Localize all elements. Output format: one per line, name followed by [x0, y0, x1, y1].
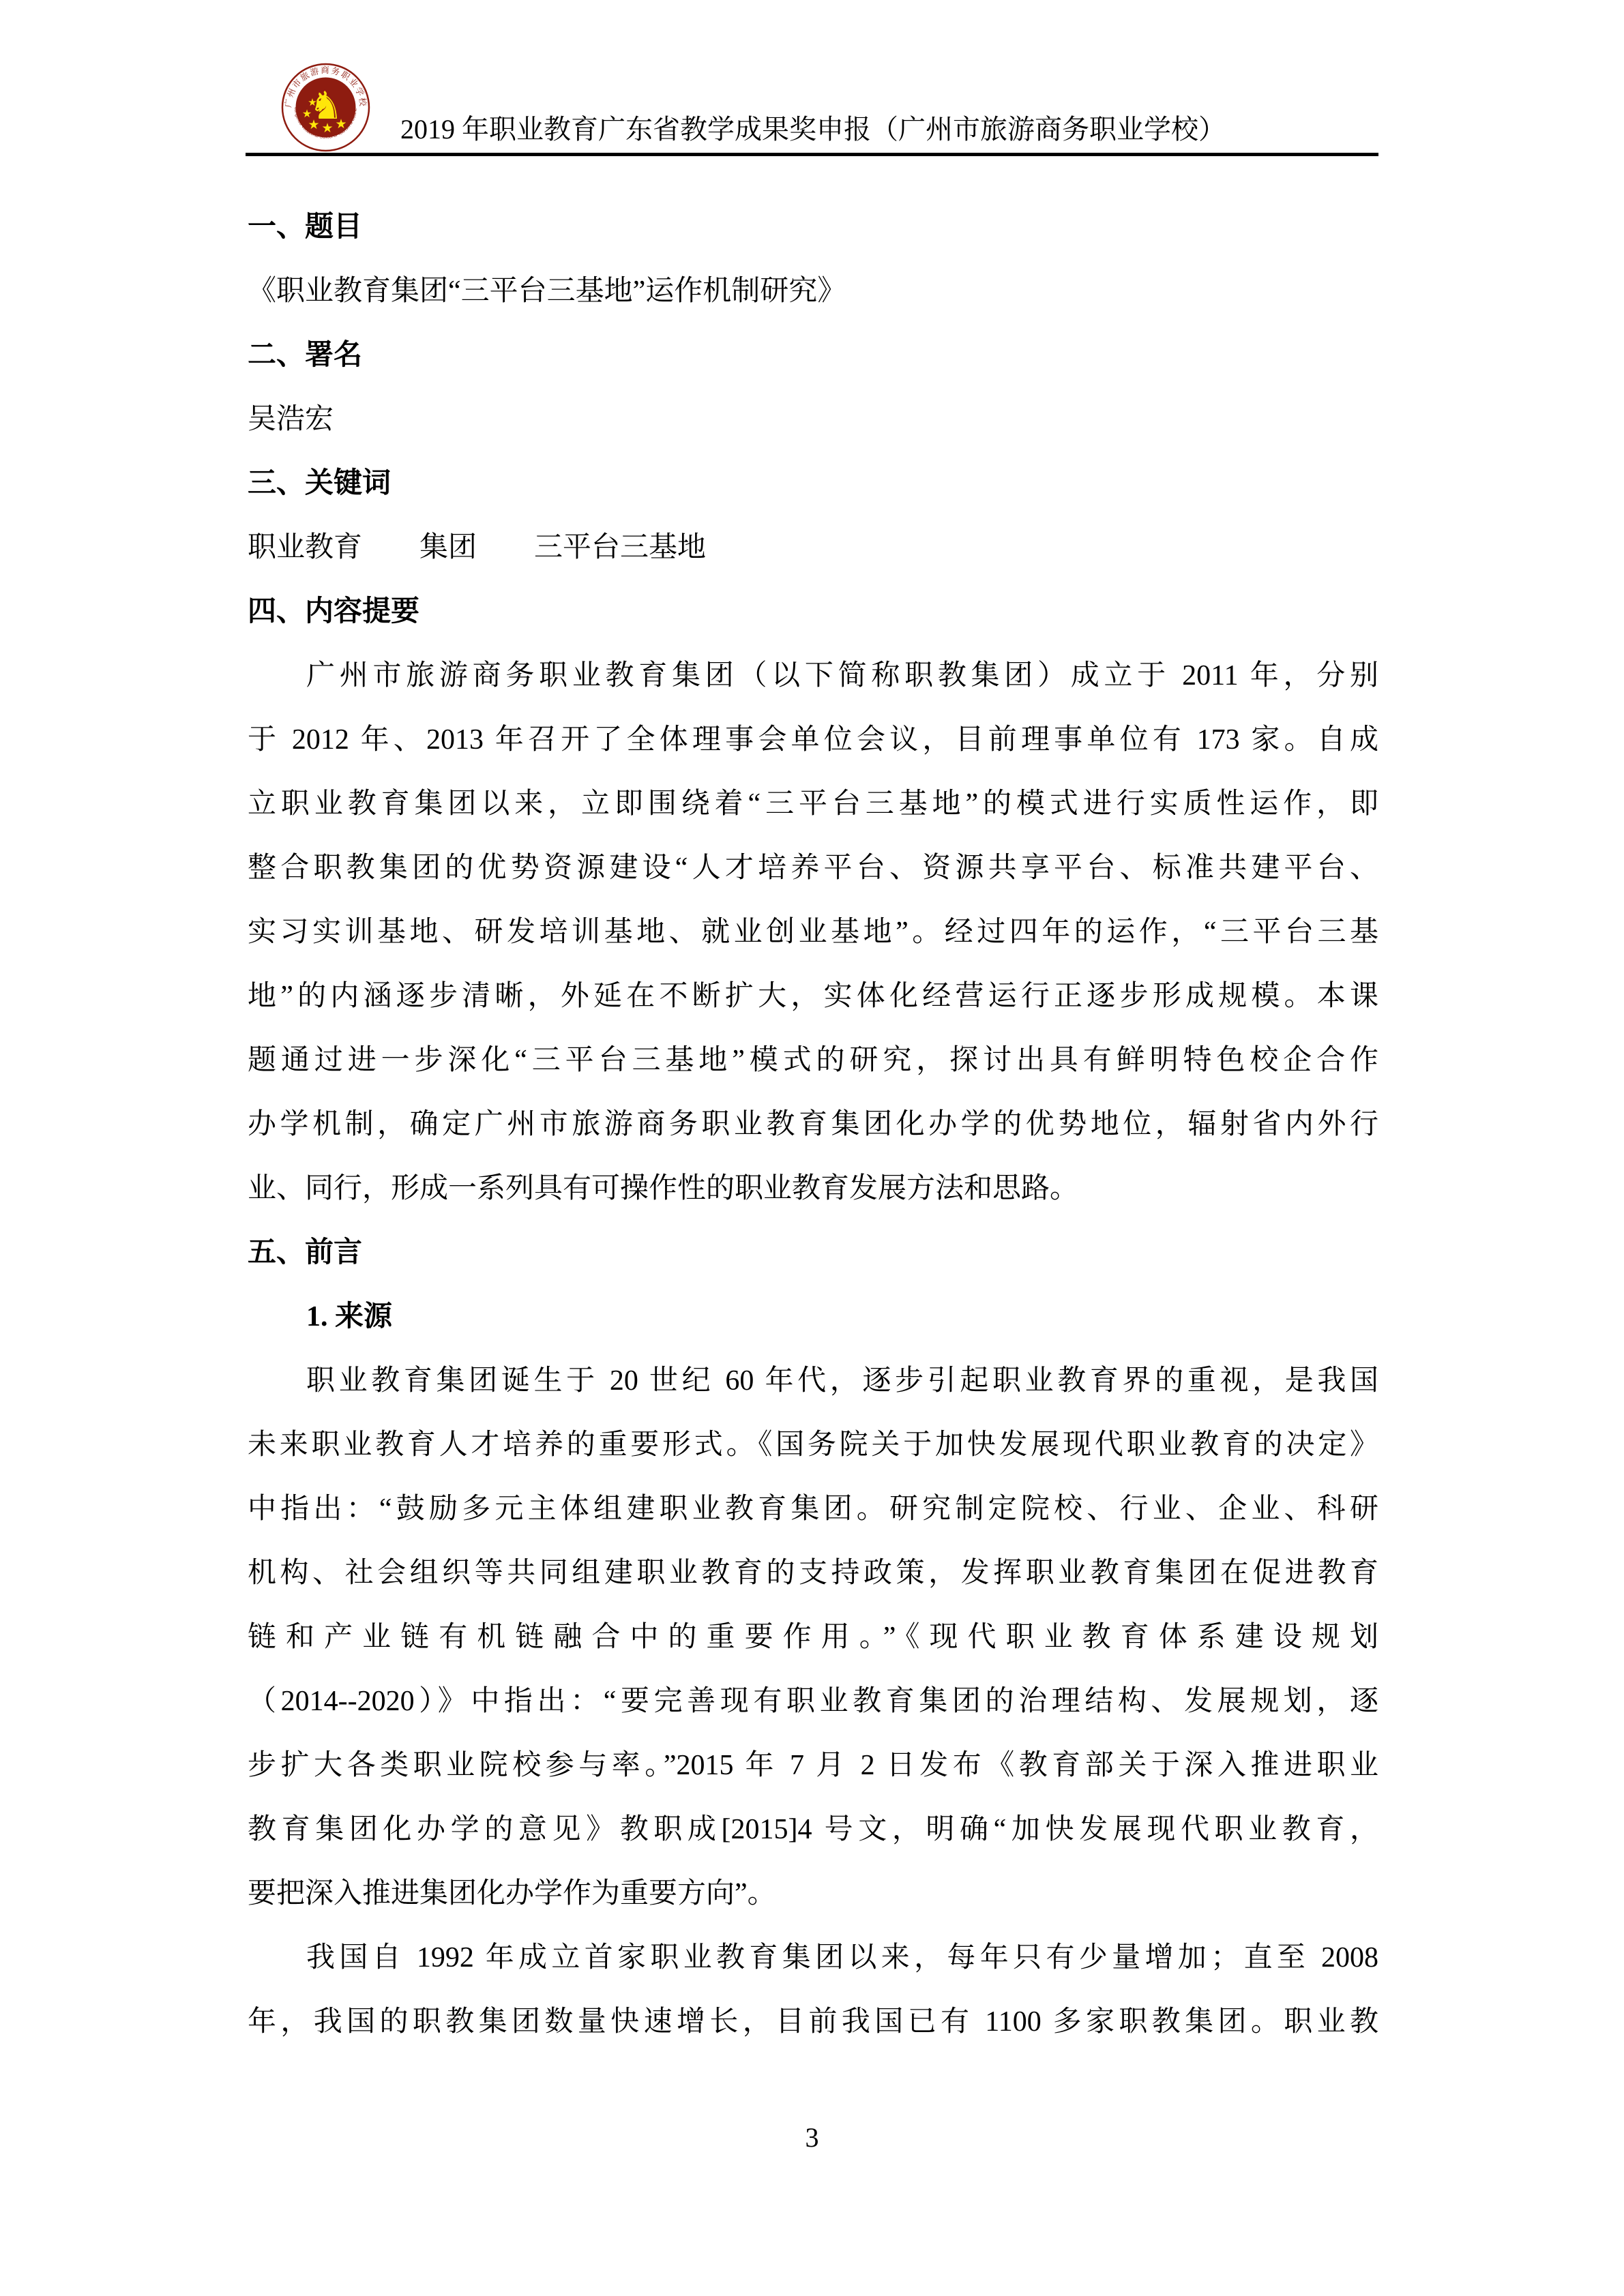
header-rule: [246, 153, 1378, 156]
subsection-1-heading: 1. 来源: [248, 1285, 1378, 1349]
paragraph-line: 整合职教集团的优势资源建设“人才培养平台、资源共享平台、标准共建平台、: [248, 836, 1378, 900]
paragraph-line: （2014--2020）》中指出：“要完善现有职业教育集团的治理结构、发展规划，…: [248, 1669, 1378, 1733]
thesis-title: 《职业教育集团“三平台三基地”运作机制研究》: [248, 259, 1378, 323]
paragraph-line: 业、同行，形成一系列具有可操作性的职业教育发展方法和思路。: [248, 1157, 1378, 1221]
author-name: 吴浩宏: [248, 387, 1378, 451]
paragraph-line: 职业教育集团诞生于 20 世纪 60 年代，逐步引起职业教育界的重视，是我国: [248, 1349, 1378, 1413]
paragraph-line: 未来职业教育人才培养的重要形式。《国务院关于加快发展现代职业教育的决定》: [248, 1413, 1378, 1477]
star-icon: ★: [308, 98, 316, 108]
paragraph-line: 地”的内涵逐步清晰，外延在不断扩大，实体化经营运行正逐步形成规模。本课: [248, 964, 1378, 1028]
paragraph-line: 教育集团化办学的意见》教职成[2015]4 号文，明确“加快发展现代职业教育，: [248, 1798, 1378, 1862]
header-title: 2019 年职业教育广东省教学成果奖申报（广州市旅游商务职业学校）: [248, 108, 1378, 151]
section-2-heading: 二、署名: [248, 323, 1378, 387]
document-page: 广州市旅游商务职业学校 Guangzhou Vocational School …: [0, 0, 1624, 2296]
document-body: 一、题目 《职业教育集团“三平台三基地”运作机制研究》 二、署名 吴浩宏 三、关…: [248, 195, 1378, 2054]
section-4-heading: 四、内容提要: [248, 580, 1378, 644]
section-5-heading: 五、前言: [248, 1221, 1378, 1285]
paragraph-line: 链和产业链有机链融合中的重要作用。”《现代职业教育体系建设规划: [248, 1605, 1378, 1669]
paragraph-line: 我国自 1992 年成立首家职业教育集团以来，每年只有少量增加；直至 2008: [248, 1926, 1378, 1990]
paragraph-line: 实习实训基地、研发培训基地、就业创业基地”。经过四年的运作，“三平台三基: [248, 900, 1378, 964]
paragraph-line: 立职业教育集团以来，立即围绕着“三平台三基地”的模式进行实质性运作，即: [248, 772, 1378, 836]
preface-paragraph-1: 职业教育集团诞生于 20 世纪 60 年代，逐步引起职业教育界的重视，是我国未来…: [248, 1349, 1378, 1926]
keywords-line: 职业教育 集团 三平台三基地: [248, 516, 1378, 580]
section-1-heading: 一、题目: [248, 195, 1378, 259]
paragraph-line: 年，我国的职教集团数量快速增长，目前我国已有 1100 多家职教集团。职业教: [248, 1990, 1378, 2054]
paragraph-line: 中指出：“鼓励多元主体组建职业教育集团。研究制定院校、行业、企业、科研: [248, 1477, 1378, 1541]
paragraph-line: 步扩大各类职业院校参与率。”2015 年 7 月 2 日发布《教育部关于深入推进…: [248, 1733, 1378, 1798]
preface-paragraph-2: 我国自 1992 年成立首家职业教育集团以来，每年只有少量增加；直至 2008年…: [248, 1926, 1378, 2054]
paragraph-line: 于 2012 年、2013 年召开了全体理事会单位会议，目前理事单位有 173 …: [248, 708, 1378, 772]
paragraph-line: 要把深入推进集团化办学作为重要方向”。: [248, 1862, 1378, 1926]
paragraph-line: 机构、社会组织等共同组建职业教育的支持政策，发挥职业教育集团在促进教育: [248, 1541, 1378, 1605]
paragraph-line: 广州市旅游商务职业教育集团（以下简称职教集团）成立于 2011 年，分别: [248, 644, 1378, 708]
paragraph-line: 题通过进一步深化“三平台三基地”模式的研究，探讨出具有鲜明特色校企合作: [248, 1028, 1378, 1092]
page-number: 3: [0, 2116, 1624, 2160]
paragraph-line: 办学机制，确定广州市旅游商务职业教育集团化办学的优势地位，辐射省内外行: [248, 1092, 1378, 1157]
section-3-heading: 三、关键词: [248, 451, 1378, 516]
abstract-paragraph: 广州市旅游商务职业教育集团（以下简称职教集团）成立于 2011 年，分别于 20…: [248, 644, 1378, 1221]
